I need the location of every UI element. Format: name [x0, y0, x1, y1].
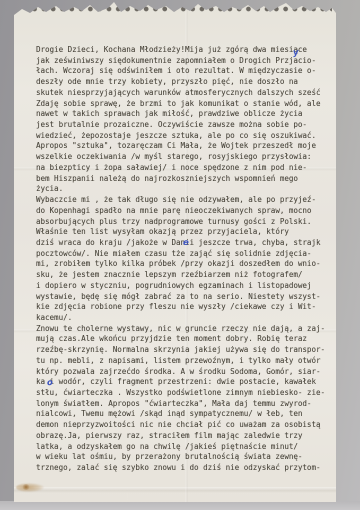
handwritten-correction: o — [47, 379, 53, 387]
stain-mark — [22, 484, 30, 490]
table-surface — [0, 501, 360, 510]
stain-mark — [16, 483, 44, 492]
letter-text: Drogie Dzieci, Kochana Młodzieży!Mija ju… — [36, 45, 330, 474]
handwritten-correction: e — [183, 239, 189, 247]
letter-paper: Drogie Dzieci, Kochana Młodzieży!Mija ju… — [14, 0, 336, 502]
scanned-letter-photo: Drogie Dzieci, Kochana Młodzieży!Mija ju… — [0, 0, 360, 510]
fold-crease — [14, 487, 336, 493]
spiral-punch-holes — [30, 4, 332, 14]
handwritten-correction: y — [293, 49, 299, 58]
